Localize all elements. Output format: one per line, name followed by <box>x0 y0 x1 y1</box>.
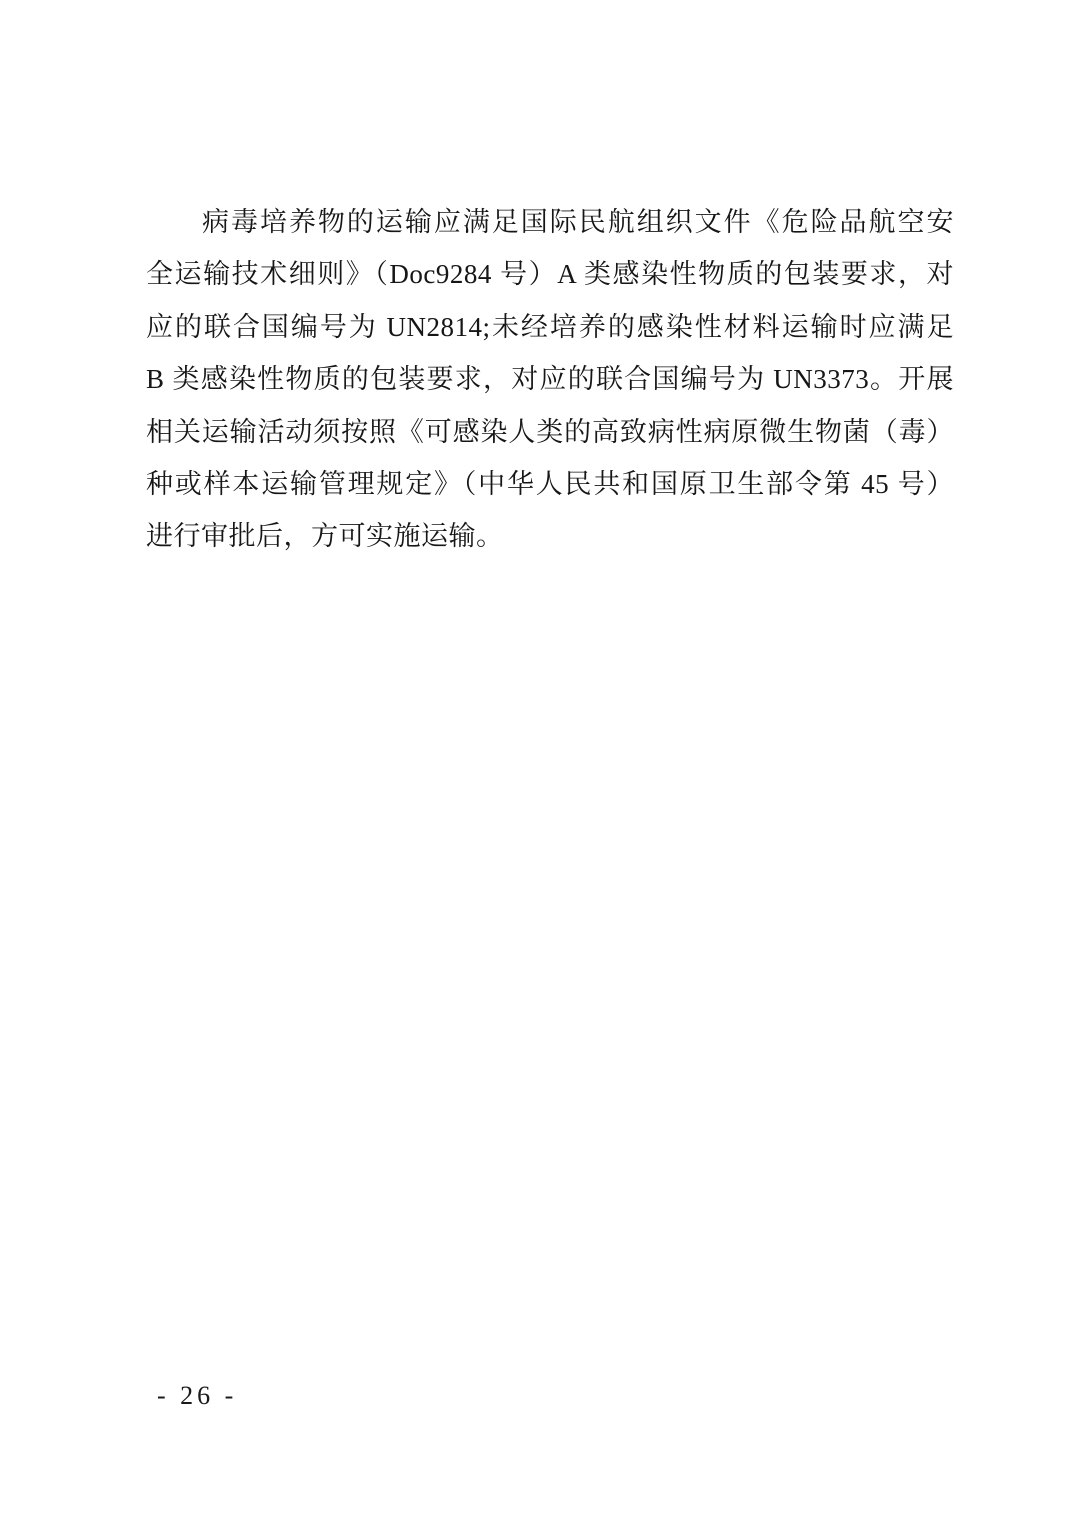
body-paragraph: 病毒培养物的运输应满足国际民航组织文件《危险品航空安全运输技术细则》（Doc92… <box>146 196 954 563</box>
paragraph-line-6: 种或样本运输管理规定》（中华人民共和国原卫生部令第 45 号） <box>146 458 954 510</box>
document-page: 病毒培养物的运输应满足国际民航组织文件《危险品航空安全运输技术细则》（Doc92… <box>0 0 1080 1527</box>
paragraph-line-5: 相关运输活动须按照《可感染人类的高致病性病原微生物菌（毒） <box>146 406 954 458</box>
paragraph-line-7: 进行审批后，方可实施运输。 <box>146 510 954 562</box>
page-number: - 26 - <box>157 1381 237 1411</box>
paragraph-line-1: 病毒培养物的运输应满足国际民航组织文件《危险品航空安 <box>146 196 954 248</box>
paragraph-line-2: 全运输技术细则》（Doc9284 号）A 类感染性物质的包装要求，对 <box>146 248 954 300</box>
paragraph-line-4: B 类感染性物质的包装要求，对应的联合国编号为 UN3373。开展 <box>146 353 954 405</box>
paragraph-line-3: 应的联合国编号为 UN2814;未经培养的感染性材料运输时应满足 <box>146 301 954 353</box>
